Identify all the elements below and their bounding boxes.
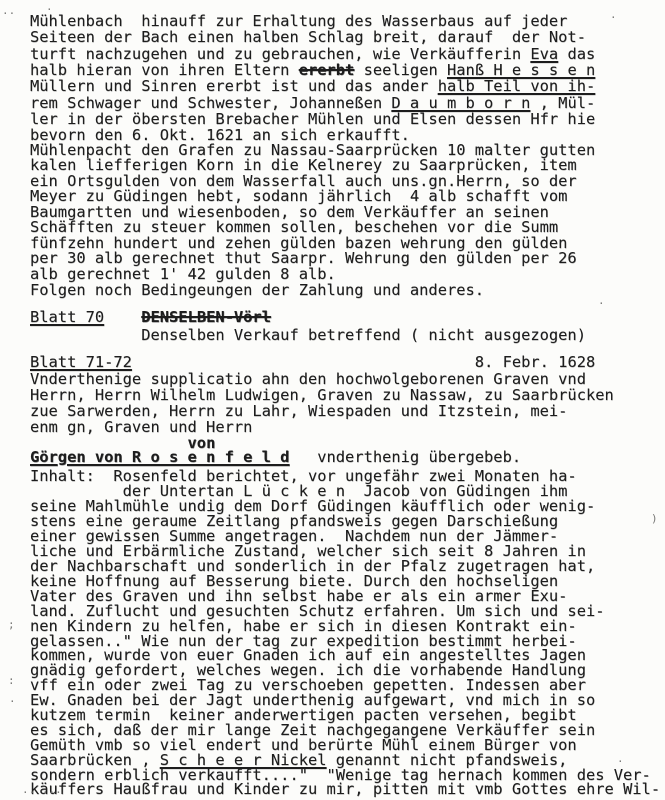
text-line: Blatt 70 DENSELBEN-Vörl — [30, 310, 271, 325]
scan-artifact: .. — [2, 4, 15, 17]
scan-artifact: : — [8, 674, 15, 687]
struck-heading-denselben: DENSELBEN-Vörl — [141, 308, 271, 326]
text-line: Denselben Verkauf betreffend ( nicht aus… — [30, 328, 586, 343]
text-segment: Folgen noch Bedingeungen der Zahlung und… — [30, 281, 484, 299]
scan-artifact: . — [9, 692, 16, 705]
text-line: alb gerechnet 1' 42 gulden 8 alb. — [30, 267, 336, 282]
text-line: per 30 alb gerechnet thut Saarpr. Wehrun… — [30, 251, 577, 266]
underlined-phrase-halb-teil: halb Teil von ih- — [438, 77, 596, 95]
text-line: turft nachzugehen und zu gebrauchen, wie… — [30, 47, 595, 62]
text-line: Görgen von R o s e n f e l d vnderthenig… — [30, 450, 521, 465]
underlined-name-rosenfeld: Görgen von R o s e n f e l d — [30, 448, 289, 466]
text-line: Folgen noch Bedingeungen der Zahlung und… — [30, 283, 484, 298]
text-line: Meyer zu Güdingen hebt, sodann jährlich … — [30, 189, 567, 204]
scan-artifact: . — [46, 0, 53, 13]
text-line: Herrn, Herrn Wilhelm Ludwigen, Graven zu… — [30, 388, 614, 403]
date-1628: 8. Febr. 1628 — [475, 353, 595, 371]
text-line: halb hieran von ihren Eltern ererbt seel… — [30, 63, 595, 78]
text-line: Vnderthenige supplicatio ahn den hochwol… — [30, 372, 586, 387]
scan-artifact: ; — [8, 618, 15, 631]
scan-artifact: . — [617, 752, 624, 765]
text-line: Seiteen der Bach einen halben Schlag bre… — [30, 30, 586, 45]
text-segment — [104, 308, 141, 326]
heading-blatt-71-72: Blatt 71-72 — [30, 353, 132, 371]
text-line: käuffers Haußfrau und Kinder zu mir, pit… — [30, 782, 660, 797]
heading-blatt-70: Blatt 70 — [30, 308, 104, 326]
scan-artifact: . — [598, 294, 605, 307]
text-line: rem Schwager und Schwester, Johanneßen D… — [30, 96, 595, 111]
text-segment: käuffers Haußfrau und Kinder zu mir, pit… — [30, 780, 660, 798]
scan-artifact: ) — [651, 512, 658, 525]
scan-artifact: . — [610, 8, 617, 21]
text-line: Schäfften zu steuer kommen sollen, besch… — [30, 220, 558, 235]
text-line: zue Sarwerden, Herrn zu Lahr, Wiespaden … — [30, 404, 567, 419]
document-page: Mühlenbach hinauff zur Erhaltung des Was… — [0, 0, 665, 800]
text-segment: vnderthenig übergebeb. — [289, 448, 521, 466]
text-segment: Denselben Verkauf betreffend ( nicht aus… — [30, 326, 586, 344]
text-line: Müllern und Sinren ererbt ist und das an… — [30, 79, 595, 94]
scan-artifact: ·· ··· — [22, 786, 62, 799]
text-line: kalen liefferigen Korn in die Kelnerey z… — [30, 158, 577, 173]
text-segment: Seiteen der Bach einen halben Schlag bre… — [30, 28, 586, 46]
text-segment — [132, 353, 475, 371]
text-segment: Müllern und Sinren ererbt ist und das an… — [30, 77, 438, 95]
text-line: Blatt 71-72 8. Febr. 1628 — [30, 355, 595, 370]
text-line: enm gn, Graven und Herrn — [30, 420, 252, 435]
text-line: Mühlenbach hinauff zur Erhaltung des Was… — [30, 14, 567, 29]
text-line: ler in der öbersten Brebacher Mühlen und… — [30, 112, 595, 127]
